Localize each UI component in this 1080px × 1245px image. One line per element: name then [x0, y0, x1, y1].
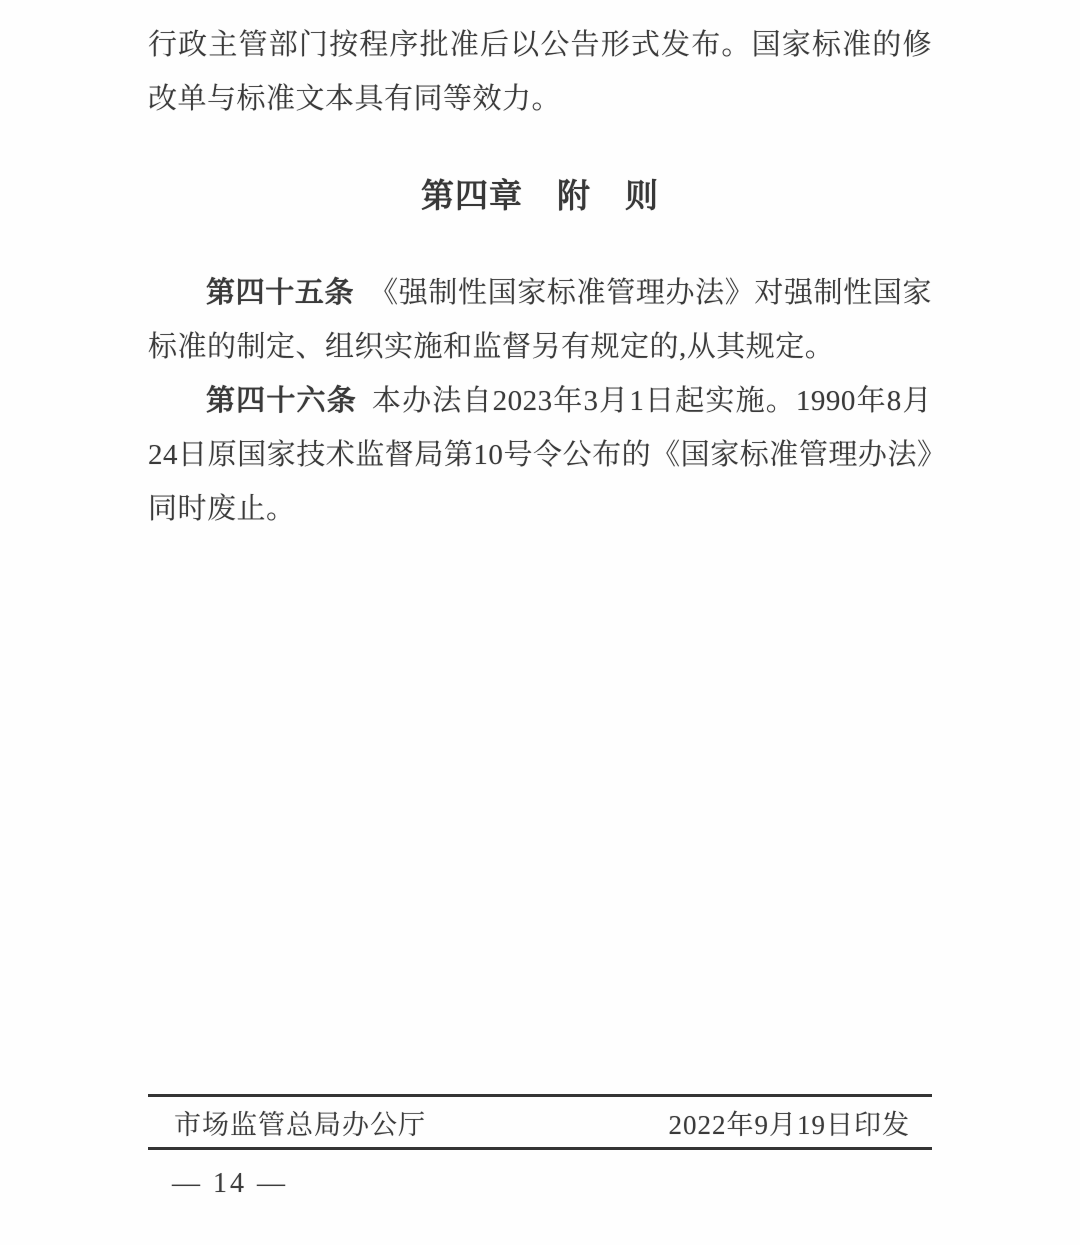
article-46-paragraph: 第四十六条本办法自2023年3月1日起实施。1990年8月24日原国家技术监督局… [148, 374, 932, 536]
footer-issuer: 市场监管总局办公厅 [174, 1103, 426, 1142]
footer-bar: 市场监管总局办公厅 2022年9月19日印发 [148, 1094, 932, 1150]
document-body: 行政主管部门按程序批准后以公告形式发布。国家标准的修改单与标准文本具有同等效力。… [148, 0, 932, 536]
chapter-heading: 第四章 附 则 [148, 176, 932, 216]
article-46-number: 第四十六条 [206, 385, 357, 417]
footer-print-date: 2022年9月19日印发 [669, 1103, 911, 1142]
article-45-paragraph: 第四十五条《强制性国家标准管理办法》对强制性国家标准的制定、组织实施和监督另有规… [148, 266, 932, 374]
article-45-number: 第四十五条 [206, 277, 354, 309]
continuation-paragraph: 行政主管部门按程序批准后以公告形式发布。国家标准的修改单与标准文本具有同等效力。 [148, 18, 932, 126]
document-page: 行政主管部门按程序批准后以公告形式发布。国家标准的修改单与标准文本具有同等效力。… [0, 0, 1080, 1245]
page-number: — 14 — [172, 1168, 288, 1200]
